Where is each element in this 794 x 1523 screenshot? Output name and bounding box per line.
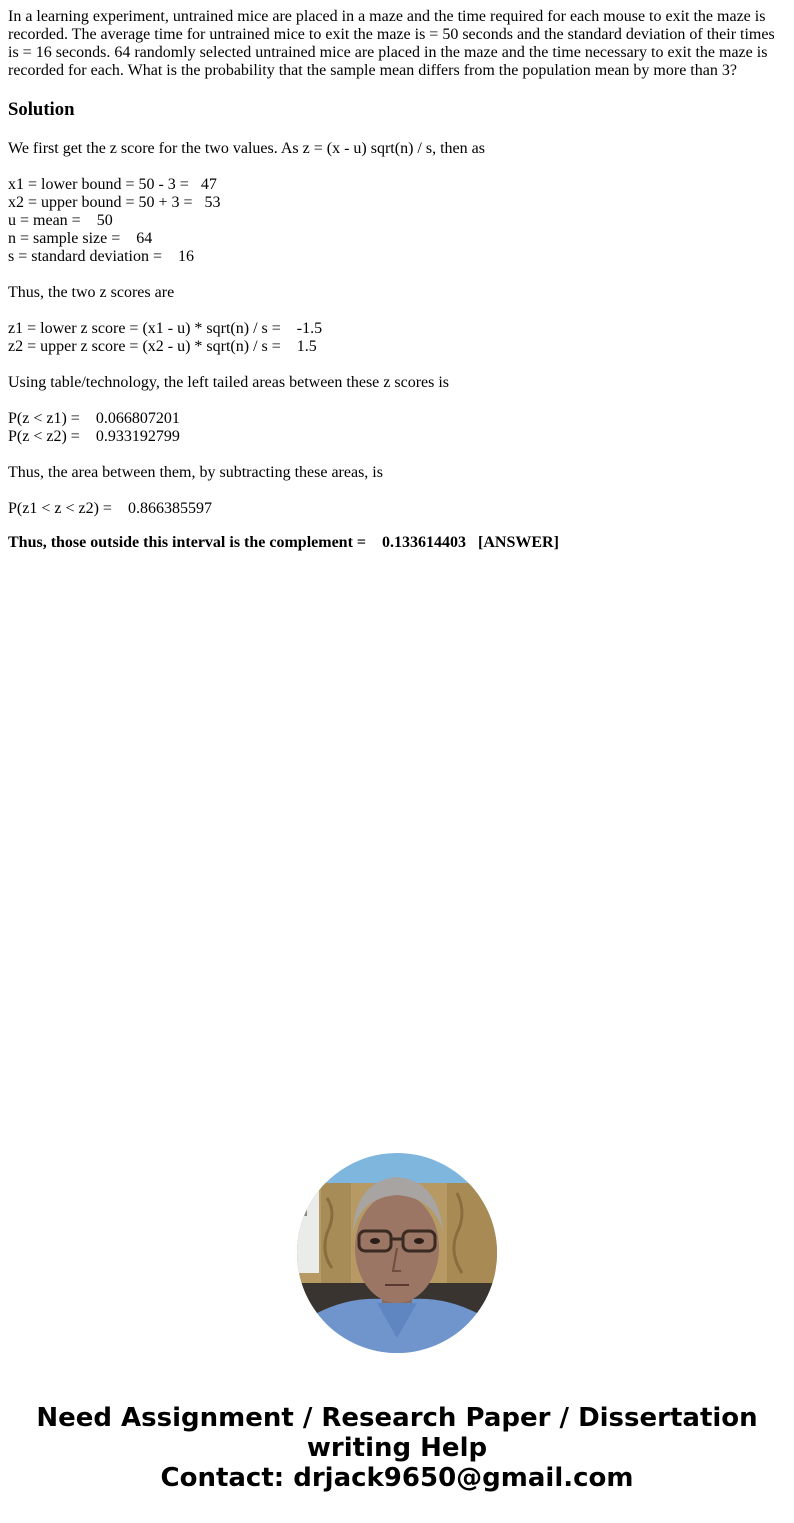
given-row: u = mean = 50 <box>8 212 786 230</box>
promo-contact: Contact: drjack9650@gmail.com <box>0 1463 794 1493</box>
given-value: 53 <box>205 194 221 211</box>
given-row: n = sample size = 64 <box>8 230 786 248</box>
z-score-row: z2 = upper z score = (x2 - u) * sqrt(n) … <box>8 338 786 356</box>
answer-tag: [ANSWER] <box>478 534 559 551</box>
z-intro: Thus, the two z scores are <box>8 284 786 302</box>
document-body: In a learning experiment, untrained mice… <box>8 8 786 552</box>
given-row: x1 = lower bound = 50 - 3 = 47 <box>8 176 786 194</box>
given-value: 16 <box>178 248 194 265</box>
between-intro: Thus, the area between them, by subtract… <box>8 464 786 482</box>
z-scores: z1 = lower z score = (x1 - u) * sqrt(n) … <box>8 320 786 356</box>
areas-intro: Using table/technology, the left tailed … <box>8 374 786 392</box>
area-value: 0.933192799 <box>96 428 180 445</box>
given-value: 64 <box>136 230 152 247</box>
between-row: P(z1 < z < z2) = 0.866385597 <box>8 500 786 518</box>
given-values: x1 = lower bound = 50 - 3 = 47 x2 = uppe… <box>8 176 786 266</box>
area-value: 0.066807201 <box>96 410 180 427</box>
given-value: 47 <box>201 176 217 193</box>
area-row: P(z < z2) = 0.933192799 <box>8 428 786 446</box>
z-score-value: 1.5 <box>297 338 317 355</box>
given-value: 50 <box>97 212 113 229</box>
answer-row: Thus, those outside this interval is the… <box>8 534 786 552</box>
promo-banner: Need Assignment / Research Paper / Disse… <box>0 1403 794 1493</box>
z-score-row: z1 = lower z score = (x1 - u) * sqrt(n) … <box>8 320 786 338</box>
author-avatar <box>297 1153 497 1353</box>
area-row: P(z < z1) = 0.066807201 <box>8 410 786 428</box>
between-value: 0.866385597 <box>128 500 212 517</box>
promo-line-2: writing Help <box>0 1433 794 1463</box>
solution-intro: We first get the z score for the two val… <box>8 140 786 158</box>
z-score-value: -1.5 <box>297 320 322 337</box>
solution-heading: Solution <box>8 99 786 121</box>
question-text: In a learning experiment, untrained mice… <box>8 8 786 80</box>
given-row: s = standard deviation = 16 <box>8 248 786 266</box>
promo-line-1: Need Assignment / Research Paper / Disse… <box>0 1403 794 1433</box>
given-row: x2 = upper bound = 50 + 3 = 53 <box>8 194 786 212</box>
answer-value: 0.133614403 <box>382 534 466 551</box>
left-tail-areas: P(z < z1) = 0.066807201 P(z < z2) = 0.93… <box>8 410 786 446</box>
